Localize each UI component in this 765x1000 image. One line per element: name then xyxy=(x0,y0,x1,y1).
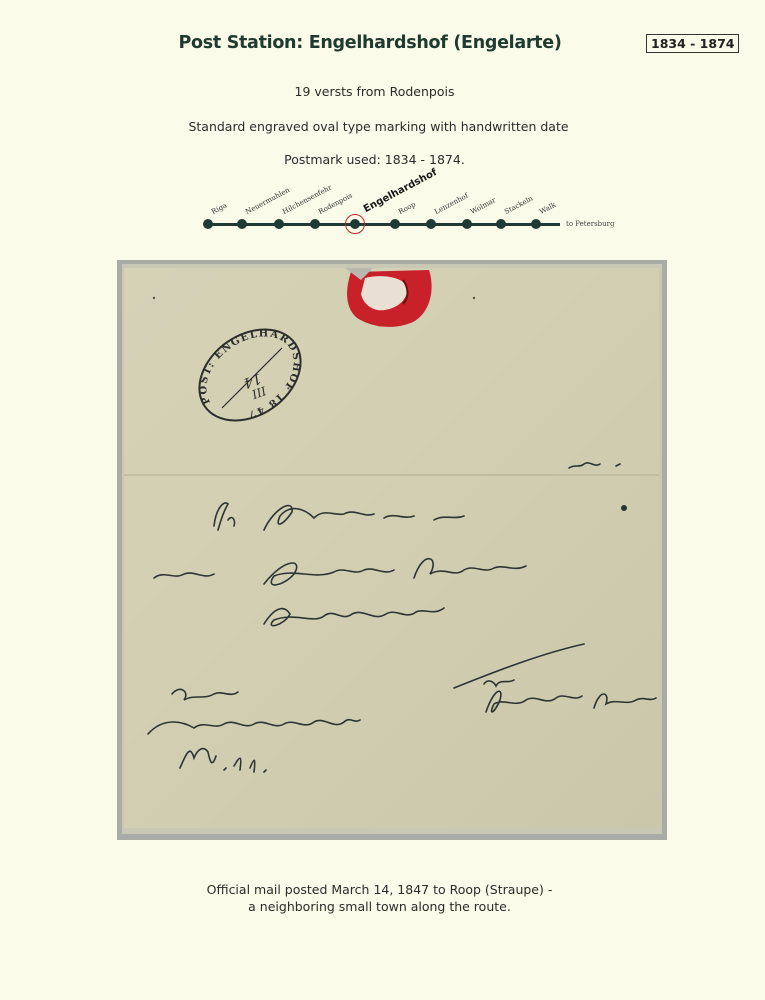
distance-note: 19 versts from Rodenpois xyxy=(0,84,757,99)
route-line xyxy=(208,223,560,226)
route-stop-label: Wolmar xyxy=(469,196,497,216)
route-stop-rodenpois xyxy=(310,219,320,229)
route-stop-label: Roop xyxy=(397,200,417,216)
current-station-marker xyxy=(345,214,365,234)
route-stop-label: Lenzenhof xyxy=(433,192,469,216)
caption-line-2: a neighboring small town along the route… xyxy=(0,898,762,915)
route-stop-label: Walk xyxy=(538,201,557,216)
handwritten-address xyxy=(124,268,659,828)
route-stop-neuermuhlen xyxy=(237,219,247,229)
date-range-badge: 1834 - 1874 xyxy=(646,34,739,53)
postmark-used-note: Postmark used: 1834 - 1874. xyxy=(0,152,757,167)
route-diagram: RigaNeuermuhlenHilchensenfehrRodenpoisEn… xyxy=(0,170,765,240)
route-stop-hilchensenfehr xyxy=(274,219,284,229)
page-title-text: Post Station: Engelhardshof (Engelarte) xyxy=(178,33,561,53)
route-destination: to Petersburg xyxy=(566,220,615,228)
route-stop-label: Riga xyxy=(210,201,228,216)
route-stop-lenzenhof xyxy=(426,219,436,229)
route-stop-riga xyxy=(203,219,213,229)
route-stop-roop xyxy=(390,219,400,229)
caption-line-1: Official mail posted March 14, 1847 to R… xyxy=(0,881,762,898)
route-stop-wolmar xyxy=(462,219,472,229)
route-stop-stackeln xyxy=(496,219,506,229)
route-stop-label: Stackeln xyxy=(503,194,534,216)
route-stop-walk xyxy=(531,219,541,229)
marking-type-note: Standard engraved oval type marking with… xyxy=(0,119,761,134)
